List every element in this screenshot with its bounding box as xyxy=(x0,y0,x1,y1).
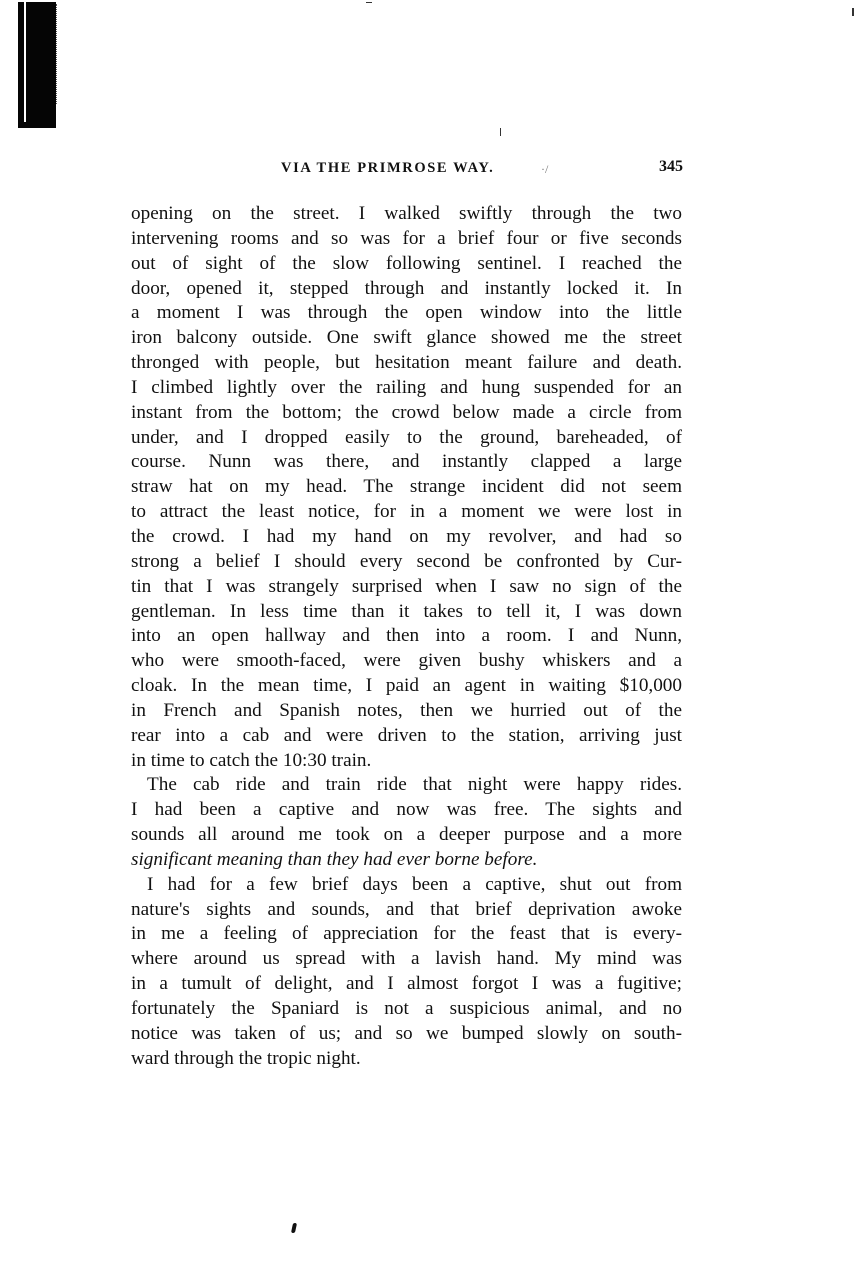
text-line: strong a belief I should every second be… xyxy=(131,550,682,575)
scan-binding-edge xyxy=(18,2,56,128)
text-line: straw hat on my head. The strange incide… xyxy=(131,475,682,500)
scan-speck xyxy=(500,128,501,136)
body-text: opening on the street. I walked swiftly … xyxy=(131,202,682,1072)
paragraph-start-line: I had for a few brief days been a captiv… xyxy=(131,873,682,898)
text-line: I climbed lightly over the railing and h… xyxy=(131,376,682,401)
text-line: under, and I dropped easily to the groun… xyxy=(131,426,682,451)
text-line: in a tumult of delight, and I almost for… xyxy=(131,972,682,997)
text-line: who were smooth-faced, were given bushy … xyxy=(131,649,682,674)
paragraph-start-line: The cab ride and train ride that night w… xyxy=(131,773,682,798)
text-line: where around us spread with a lavish han… xyxy=(131,947,682,972)
page-number: 345 xyxy=(659,158,683,176)
text-line: to attract the least notice, for in a mo… xyxy=(131,500,682,525)
scan-speck xyxy=(852,8,854,16)
paragraph-end-line: in time to catch the 10:30 train. xyxy=(131,749,682,774)
text-line: in me a feeling of appreciation for the … xyxy=(131,922,682,947)
paragraph-end-line: ward through the tropic night. xyxy=(131,1047,682,1072)
text-line: tin that I was strangely surprised when … xyxy=(131,575,682,600)
scan-speck xyxy=(366,2,372,3)
text-line: in French and Spanish notes, then we hur… xyxy=(131,699,682,724)
text-line: rear into a cab and were driven to the s… xyxy=(131,724,682,749)
text-line: gentleman. In less time than it takes to… xyxy=(131,600,682,625)
text-line: sounds all around me took on a deeper pu… xyxy=(131,823,682,848)
text-line: instant from the bottom; the crowd below… xyxy=(131,401,682,426)
text-line: the crowd. I had my hand on my revolver,… xyxy=(131,525,682,550)
text-line: intervening rooms and so was for a brief… xyxy=(131,227,682,252)
text-line: thronged with people, but hesitation mea… xyxy=(131,351,682,376)
text-line: into an open hallway and then into a roo… xyxy=(131,624,682,649)
text-line: course. Nunn was there, and instantly cl… xyxy=(131,450,682,475)
text-line: a moment I was through the open window i… xyxy=(131,301,682,326)
text-line: iron balcony outside. One swift glance s… xyxy=(131,326,682,351)
text-line: I had been a captive and now was free. T… xyxy=(131,798,682,823)
text-line: door, opened it, stepped through and ins… xyxy=(131,277,682,302)
text-line: out of sight of the slow following senti… xyxy=(131,252,682,277)
text-line: notice was taken of us; and so we bumped… xyxy=(131,1022,682,1047)
text-line: opening on the street. I walked swiftly … xyxy=(131,202,682,227)
text-line: fortunately the Spaniard is not a suspic… xyxy=(131,997,682,1022)
ink-blot-mark xyxy=(291,1223,297,1233)
text-line: cloak. In the mean time, I paid an agent… xyxy=(131,674,682,699)
scan-specks xyxy=(56,4,65,104)
scan-edge-gap xyxy=(24,2,26,122)
marginal-mark: ·/ xyxy=(541,162,548,177)
running-title: VIA THE PRIMROSE WAY. xyxy=(281,160,494,177)
text-line: nature's sights and sounds, and that bri… xyxy=(131,898,682,923)
paragraph-end-line: significant meaning than they had ever b… xyxy=(131,848,682,873)
page-header: VIA THE PRIMROSE WAY. ·/ 345 xyxy=(281,160,683,182)
